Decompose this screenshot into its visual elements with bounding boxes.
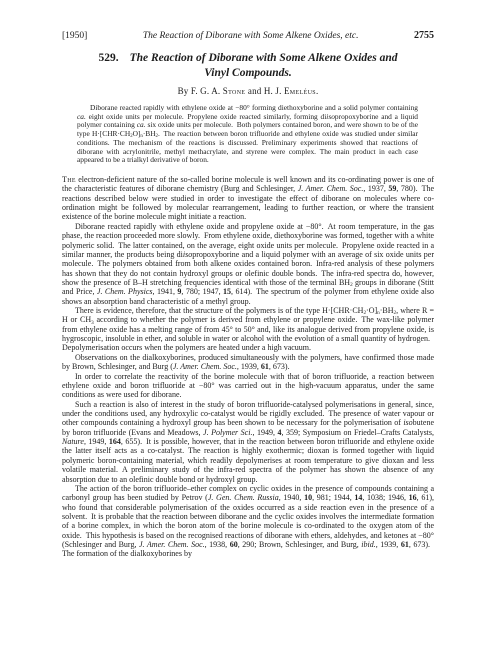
abstract: Diborane reacted rapidly with ethylene o… xyxy=(77,104,418,165)
year-tag: [1950] xyxy=(62,31,87,41)
paragraph: Such a reaction is also of interest in t… xyxy=(62,400,434,484)
paragraph: The electron-deficient nature of the so-… xyxy=(62,175,434,222)
article-body: The electron-deficient nature of the so-… xyxy=(62,175,434,559)
journal-page: [1950] The Reaction of Diborane with Som… xyxy=(0,0,500,655)
paragraph: There is evidence, therefore, that the s… xyxy=(62,306,434,353)
paragraph: Diborane reacted rapidly with ethylene o… xyxy=(62,222,434,306)
paragraph: In order to correlate the reactivity of … xyxy=(62,372,434,400)
byline: By F. G. A. Stone and H. J. Emeléus. xyxy=(62,86,434,96)
article-title-block: 529.The Reaction of Diborane with Some A… xyxy=(62,51,434,81)
page-number: 2755 xyxy=(414,30,434,41)
paragraph: Observations on the dialkoxyborines, pro… xyxy=(62,353,434,372)
article-number: 529. xyxy=(98,52,118,64)
article-title-line1: 529.The Reaction of Diborane with Some A… xyxy=(62,51,434,66)
paragraph: The action of the boron trifluoride–ethe… xyxy=(62,484,434,559)
article-title-line2: Vinyl Compounds. xyxy=(62,66,434,81)
article-title-text: The Reaction of Diborane with Some Alken… xyxy=(130,52,398,64)
page-header: [1950] The Reaction of Diborane with Som… xyxy=(62,30,434,41)
running-title: The Reaction of Diborane with Some Alken… xyxy=(87,31,414,41)
